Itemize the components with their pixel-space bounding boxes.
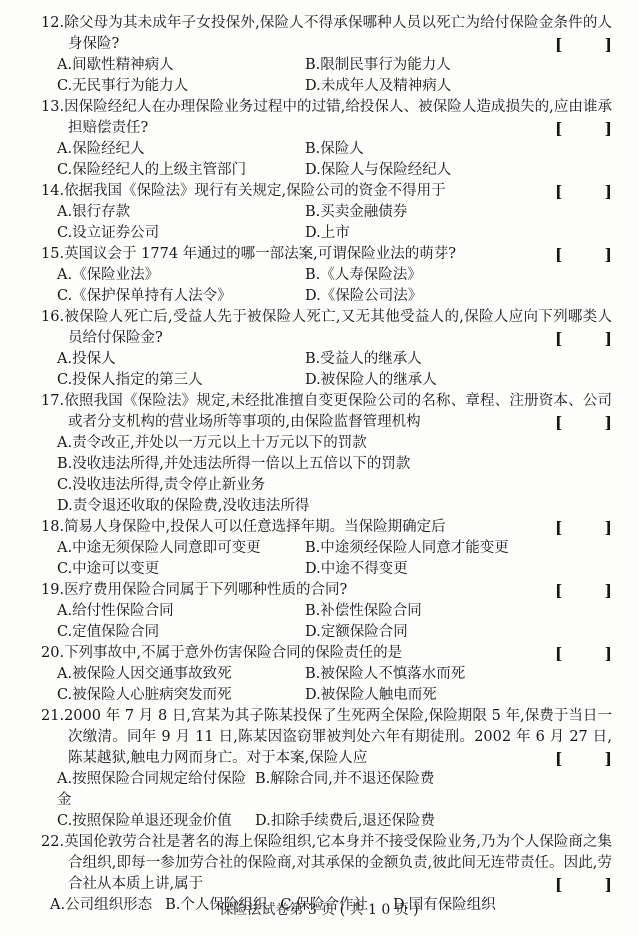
question-stem-text: 被保险人死亡后,受益人先于被保险人死亡,又无其他受益人的,保险人应向下列哪类人员… xyxy=(64,309,612,346)
answer-bracket: [] xyxy=(555,412,612,433)
question-stem-text: 下列事故中,不属于意外伤害保险合同的保险责任的是 xyxy=(64,645,402,661)
question-stem: 14.依据我国《保险法》现行有关规定,保险公司的资金不得用于 [] xyxy=(41,181,612,202)
question-number: 16. xyxy=(41,309,64,325)
question-stem: 21.2000 年 7 月 8 日,宫某为其子陈某投保了生死两全保险,保险期限 … xyxy=(41,706,612,769)
option: D.责令退还收取的保险费,没收违法所得 xyxy=(57,496,612,517)
option: A.间歇性精神病人 xyxy=(57,55,305,76)
question-item: 12.除父母为其未成年子女投保外,保险人不得承保哪种人员以死亡为给付保险金条件的… xyxy=(41,13,612,97)
answer-bracket: [] xyxy=(555,118,612,139)
option: C.中途可以变更 xyxy=(57,559,305,580)
option: A.《保险业法》 xyxy=(57,265,305,286)
bracket-open-icon: [ xyxy=(555,874,562,895)
option: D.定额保险合同 xyxy=(305,622,612,643)
question-item: 21.2000 年 7 月 8 日,宫某为其子陈某投保了生死两全保险,保险期限 … xyxy=(41,706,612,832)
question-stem-text: 因保险经纪人在办理保险业务过程中的过错,给投保人、被保险人造成损失的,应由谁承担… xyxy=(64,99,612,136)
question-options: A.被保险人因交通事故致死B.被保险人不慎落水而死C.被保险人心脏病突发而死D.… xyxy=(41,664,612,706)
question-item: 19.医疗费用保险合同属于下列哪种性质的合同? [] A.给付性保险合同B.补偿… xyxy=(41,580,612,643)
option: D.未成年人及精神病人 xyxy=(305,76,612,97)
bracket-open-icon: [ xyxy=(555,412,562,433)
option: B.保险人 xyxy=(305,139,612,160)
question-item: 15.英国议会于 1774 年通过的哪一部法案,可谓保险业法的萌芽? [] A.… xyxy=(41,244,612,307)
option: A.按照保险合同规定给付保险金 xyxy=(57,769,255,811)
question-stem-text: 简易人身保险中,投保人可以任意选择年期。当保险期确定后 xyxy=(64,519,446,535)
question-item: 18.简易人身保险中,投保人可以任意选择年期。当保险期确定后 [] A.中途无须… xyxy=(41,517,612,580)
bracket-open-icon: [ xyxy=(555,643,562,664)
question-item: 20.下列事故中,不属于意外伤害保险合同的保险责任的是 [] A.被保险人因交通… xyxy=(41,643,612,706)
option: C.被保险人心脏病突发而死 xyxy=(57,685,305,706)
question-stem: 22.英国伦敦劳合社是著名的海上保险组织,它本身并不接受保险业务,乃为个人保险商… xyxy=(41,832,612,895)
answer-bracket: [] xyxy=(555,181,612,202)
exam-page: 12.除父母为其未成年子女投保外,保险人不得承保哪种人员以死亡为给付保险金条件的… xyxy=(0,0,638,936)
option: D.被保险人的继承人 xyxy=(305,370,612,391)
question-stem-text: 2000 年 7 月 8 日,宫某为其子陈某投保了生死两全保险,保险期限 5 年… xyxy=(64,708,612,766)
question-options: A.《保险业法》B.《人寿保险法》C.《保护保单持有人法令》D.《保险公司法》 xyxy=(41,265,612,307)
question-stem-text: 依照我国《保险法》规定,未经批准擅自变更保险公司的名称、章程、注册资本、公司或者… xyxy=(64,393,612,430)
answer-bracket: [] xyxy=(555,748,612,769)
question-number: 19. xyxy=(41,582,64,598)
question-number: 13. xyxy=(41,99,64,115)
page-footer: 保险法试卷第 3 页 ( 共 1 0 页 ) xyxy=(0,899,638,919)
option: B.买卖金融债券 xyxy=(305,202,612,223)
question-number: 21. xyxy=(41,708,64,724)
question-stem-text: 英国议会于 1774 年通过的哪一部法案,可谓保险业法的萌芽? xyxy=(64,246,456,262)
bracket-open-icon: [ xyxy=(555,328,562,349)
question-stem-text: 医疗费用保险合同属于下列哪种性质的合同? xyxy=(64,582,347,598)
question-options: A.给付性保险合同B.补偿性保险合同C.定值保险合同D.定额保险合同 xyxy=(41,601,612,643)
answer-bracket: [] xyxy=(555,580,612,601)
question-stem: 17.依照我国《保险法》规定,未经批准擅自变更保险公司的名称、章程、注册资本、公… xyxy=(41,391,612,433)
bracket-open-icon: [ xyxy=(555,118,562,139)
option: B.补偿性保险合同 xyxy=(305,601,612,622)
answer-bracket: [] xyxy=(555,874,612,895)
question-number: 18. xyxy=(41,519,64,535)
option: D.中途不得变更 xyxy=(305,559,612,580)
option: A.责令改正,并处以一万元以上十万元以下的罚款 xyxy=(57,433,612,454)
option: B.被保险人不慎落水而死 xyxy=(305,664,612,685)
question-stem: 19.医疗费用保险合同属于下列哪种性质的合同? [] xyxy=(41,580,612,601)
question-options: A.保险经纪人B.保险人C.保险经纪人的上级主管部门D.保险人与保险经纪人 xyxy=(41,139,612,181)
question-stem: 15.英国议会于 1774 年通过的哪一部法案,可谓保险业法的萌芽? [] xyxy=(41,244,612,265)
bracket-close-icon: ] xyxy=(605,580,612,601)
question-number: 14. xyxy=(41,183,64,199)
option: A.保险经纪人 xyxy=(57,139,305,160)
bracket-close-icon: ] xyxy=(605,34,612,55)
option: C.按照保险单退还现金价值 xyxy=(57,811,255,832)
option: C.《保护保单持有人法令》 xyxy=(57,286,305,307)
question-stem: 16.被保险人死亡后,受益人先于被保险人死亡,又无其他受益人的,保险人应向下列哪… xyxy=(41,307,612,349)
option: A.中途无须保险人同意即可变更 xyxy=(57,538,305,559)
question-options: A.责令改正,并处以一万元以上十万元以下的罚款B.没收违法所得,并处违法所得一倍… xyxy=(41,433,612,517)
question-stem-text: 英国伦敦劳合社是著名的海上保险组织,它本身并不接受保险业务,乃为个人保险商之集合… xyxy=(64,834,612,892)
option: B.中途须经保险人同意才能变更 xyxy=(305,538,612,559)
question-number: 12. xyxy=(41,15,64,31)
option: A.投保人 xyxy=(57,349,305,370)
option: B.没收违法所得,并处违法所得一倍以上五倍以下的罚款 xyxy=(57,454,612,475)
option: A.被保险人因交通事故致死 xyxy=(57,664,305,685)
bracket-close-icon: ] xyxy=(605,643,612,664)
option: D.扣除手续费后,退还保险费 xyxy=(255,811,612,832)
option: B.受益人的继承人 xyxy=(305,349,612,370)
question-item: 16.被保险人死亡后,受益人先于被保险人死亡,又无其他受益人的,保险人应向下列哪… xyxy=(41,307,612,391)
question-number: 17. xyxy=(41,393,64,409)
answer-bracket: [] xyxy=(555,643,612,664)
option: D.《保险公司法》 xyxy=(305,286,612,307)
question-stem: 12.除父母为其未成年子女投保外,保险人不得承保哪种人员以死亡为给付保险金条件的… xyxy=(41,13,612,55)
bracket-close-icon: ] xyxy=(605,412,612,433)
option: D.保险人与保险经纪人 xyxy=(305,160,612,181)
question-stem: 18.简易人身保险中,投保人可以任意选择年期。当保险期确定后 [] xyxy=(41,517,612,538)
question-options: A.投保人B.受益人的继承人C.投保人指定的第三人D.被保险人的继承人 xyxy=(41,349,612,391)
option: D.上市 xyxy=(305,223,612,244)
option: C.保险经纪人的上级主管部门 xyxy=(57,160,305,181)
question-number: 15. xyxy=(41,246,64,262)
option: C.无民事行为能力人 xyxy=(57,76,305,97)
question-number: 22. xyxy=(41,834,64,850)
question-stem-text: 除父母为其未成年子女投保外,保险人不得承保哪种人员以死亡为给付保险金条件的人身保… xyxy=(64,15,612,52)
question-options: A.按照保险合同规定给付保险金B.解除合同,并不退还保险费C.按照保险单退还现金… xyxy=(41,769,612,832)
bracket-open-icon: [ xyxy=(555,34,562,55)
option: C.没收违法所得,责令停止新业务 xyxy=(57,475,612,496)
option: B.《人寿保险法》 xyxy=(305,265,612,286)
question-item: 13.因保险经纪人在办理保险业务过程中的过错,给投保人、被保险人造成损失的,应由… xyxy=(41,97,612,181)
option: A.给付性保险合同 xyxy=(57,601,305,622)
option: B.解除合同,并不退还保险费 xyxy=(255,769,612,811)
question-stem-text: 依据我国《保险法》现行有关规定,保险公司的资金不得用于 xyxy=(64,183,446,199)
bracket-close-icon: ] xyxy=(605,874,612,895)
question-stem: 20.下列事故中,不属于意外伤害保险合同的保险责任的是 [] xyxy=(41,643,612,664)
option: D.被保险人触电而死 xyxy=(305,685,612,706)
question-options: A.银行存款B.买卖金融债券C.设立证券公司D.上市 xyxy=(41,202,612,244)
option: B.限制民事行为能力人 xyxy=(305,55,612,76)
bracket-close-icon: ] xyxy=(605,748,612,769)
answer-bracket: [] xyxy=(555,517,612,538)
question-number: 20. xyxy=(41,645,64,661)
bracket-close-icon: ] xyxy=(605,181,612,202)
answer-bracket: [] xyxy=(555,34,612,55)
question-item: 17.依照我国《保险法》规定,未经批准擅自变更保险公司的名称、章程、注册资本、公… xyxy=(41,391,612,517)
bracket-open-icon: [ xyxy=(555,517,562,538)
option: C.定值保险合同 xyxy=(57,622,305,643)
bracket-open-icon: [ xyxy=(555,181,562,202)
question-list: 12.除父母为其未成年子女投保外,保险人不得承保哪种人员以死亡为给付保险金条件的… xyxy=(41,13,612,916)
bracket-open-icon: [ xyxy=(555,580,562,601)
answer-bracket: [] xyxy=(555,328,612,349)
option: C.设立证券公司 xyxy=(57,223,305,244)
question-stem: 13.因保险经纪人在办理保险业务过程中的过错,给投保人、被保险人造成损失的,应由… xyxy=(41,97,612,139)
bracket-close-icon: ] xyxy=(605,517,612,538)
bracket-open-icon: [ xyxy=(555,244,562,265)
option: A.银行存款 xyxy=(57,202,305,223)
question-item: 14.依据我国《保险法》现行有关规定,保险公司的资金不得用于 [] A.银行存款… xyxy=(41,181,612,244)
answer-bracket: [] xyxy=(555,244,612,265)
question-options: A.中途无须保险人同意即可变更B.中途须经保险人同意才能变更C.中途可以变更D.… xyxy=(41,538,612,580)
bracket-open-icon: [ xyxy=(555,748,562,769)
bracket-close-icon: ] xyxy=(605,328,612,349)
option: C.投保人指定的第三人 xyxy=(57,370,305,391)
bracket-close-icon: ] xyxy=(605,244,612,265)
question-options: A.间歇性精神病人B.限制民事行为能力人C.无民事行为能力人D.未成年人及精神病… xyxy=(41,55,612,97)
bracket-close-icon: ] xyxy=(605,118,612,139)
